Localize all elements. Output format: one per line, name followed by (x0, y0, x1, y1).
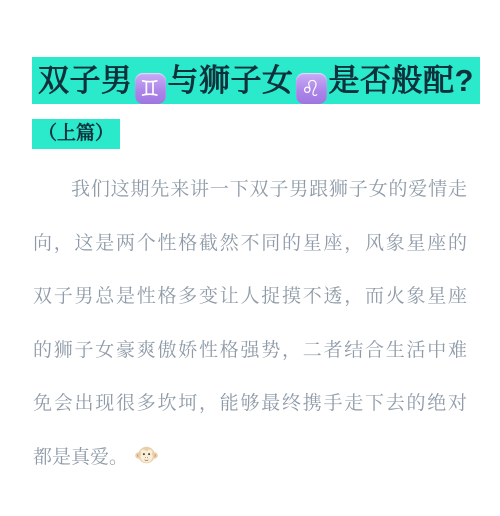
post-subtitle-row: （上篇） (32, 119, 468, 149)
post-title: 双子男♊与狮子女♌是否般配? (32, 57, 480, 104)
post-card: 双子男♊与狮子女♌是否般配? （上篇） 我们这期先来讲一下双子男跟狮子女的爱情走… (0, 0, 500, 516)
post-subtitle: （上篇） (32, 119, 120, 149)
leo-zodiac-icon: ♌ (296, 73, 327, 104)
monkey-face-emoji (135, 444, 158, 467)
leo-symbol: ♌ (301, 76, 321, 101)
body-line: 双子男总是性格多变让人捉摸不透，而火象星座 (33, 270, 467, 324)
body-line: 免会出现很多坎坷，能够最终携手走下去的绝对 (33, 377, 467, 431)
title-part-gemini-man: 双子男 (38, 63, 133, 98)
gemini-zodiac-icon: ♊ (135, 73, 166, 104)
body-line: 我们这期先来讲一下双子男跟狮子女的爱情走 (33, 163, 467, 217)
body-line: 的狮子女豪爽傲娇性格强势，二者结合生活中难 (33, 324, 467, 378)
gemini-symbol: ♊ (140, 76, 160, 101)
post-body: 我们这期先来讲一下双子男跟狮子女的爱情走 向，这是两个性格截然不同的星座，风象星… (33, 163, 467, 484)
title-part-question: 是否般配? (329, 63, 474, 98)
body-line: 都是真爱。 (33, 431, 467, 485)
body-line-text: 都是真爱。 (33, 447, 128, 468)
post-title-row: 双子男♊与狮子女♌是否般配? (32, 57, 468, 104)
body-line: 向，这是两个性格截然不同的星座，风象星座的 (33, 217, 467, 271)
title-part-leo-woman: 与狮子女 (168, 63, 294, 98)
